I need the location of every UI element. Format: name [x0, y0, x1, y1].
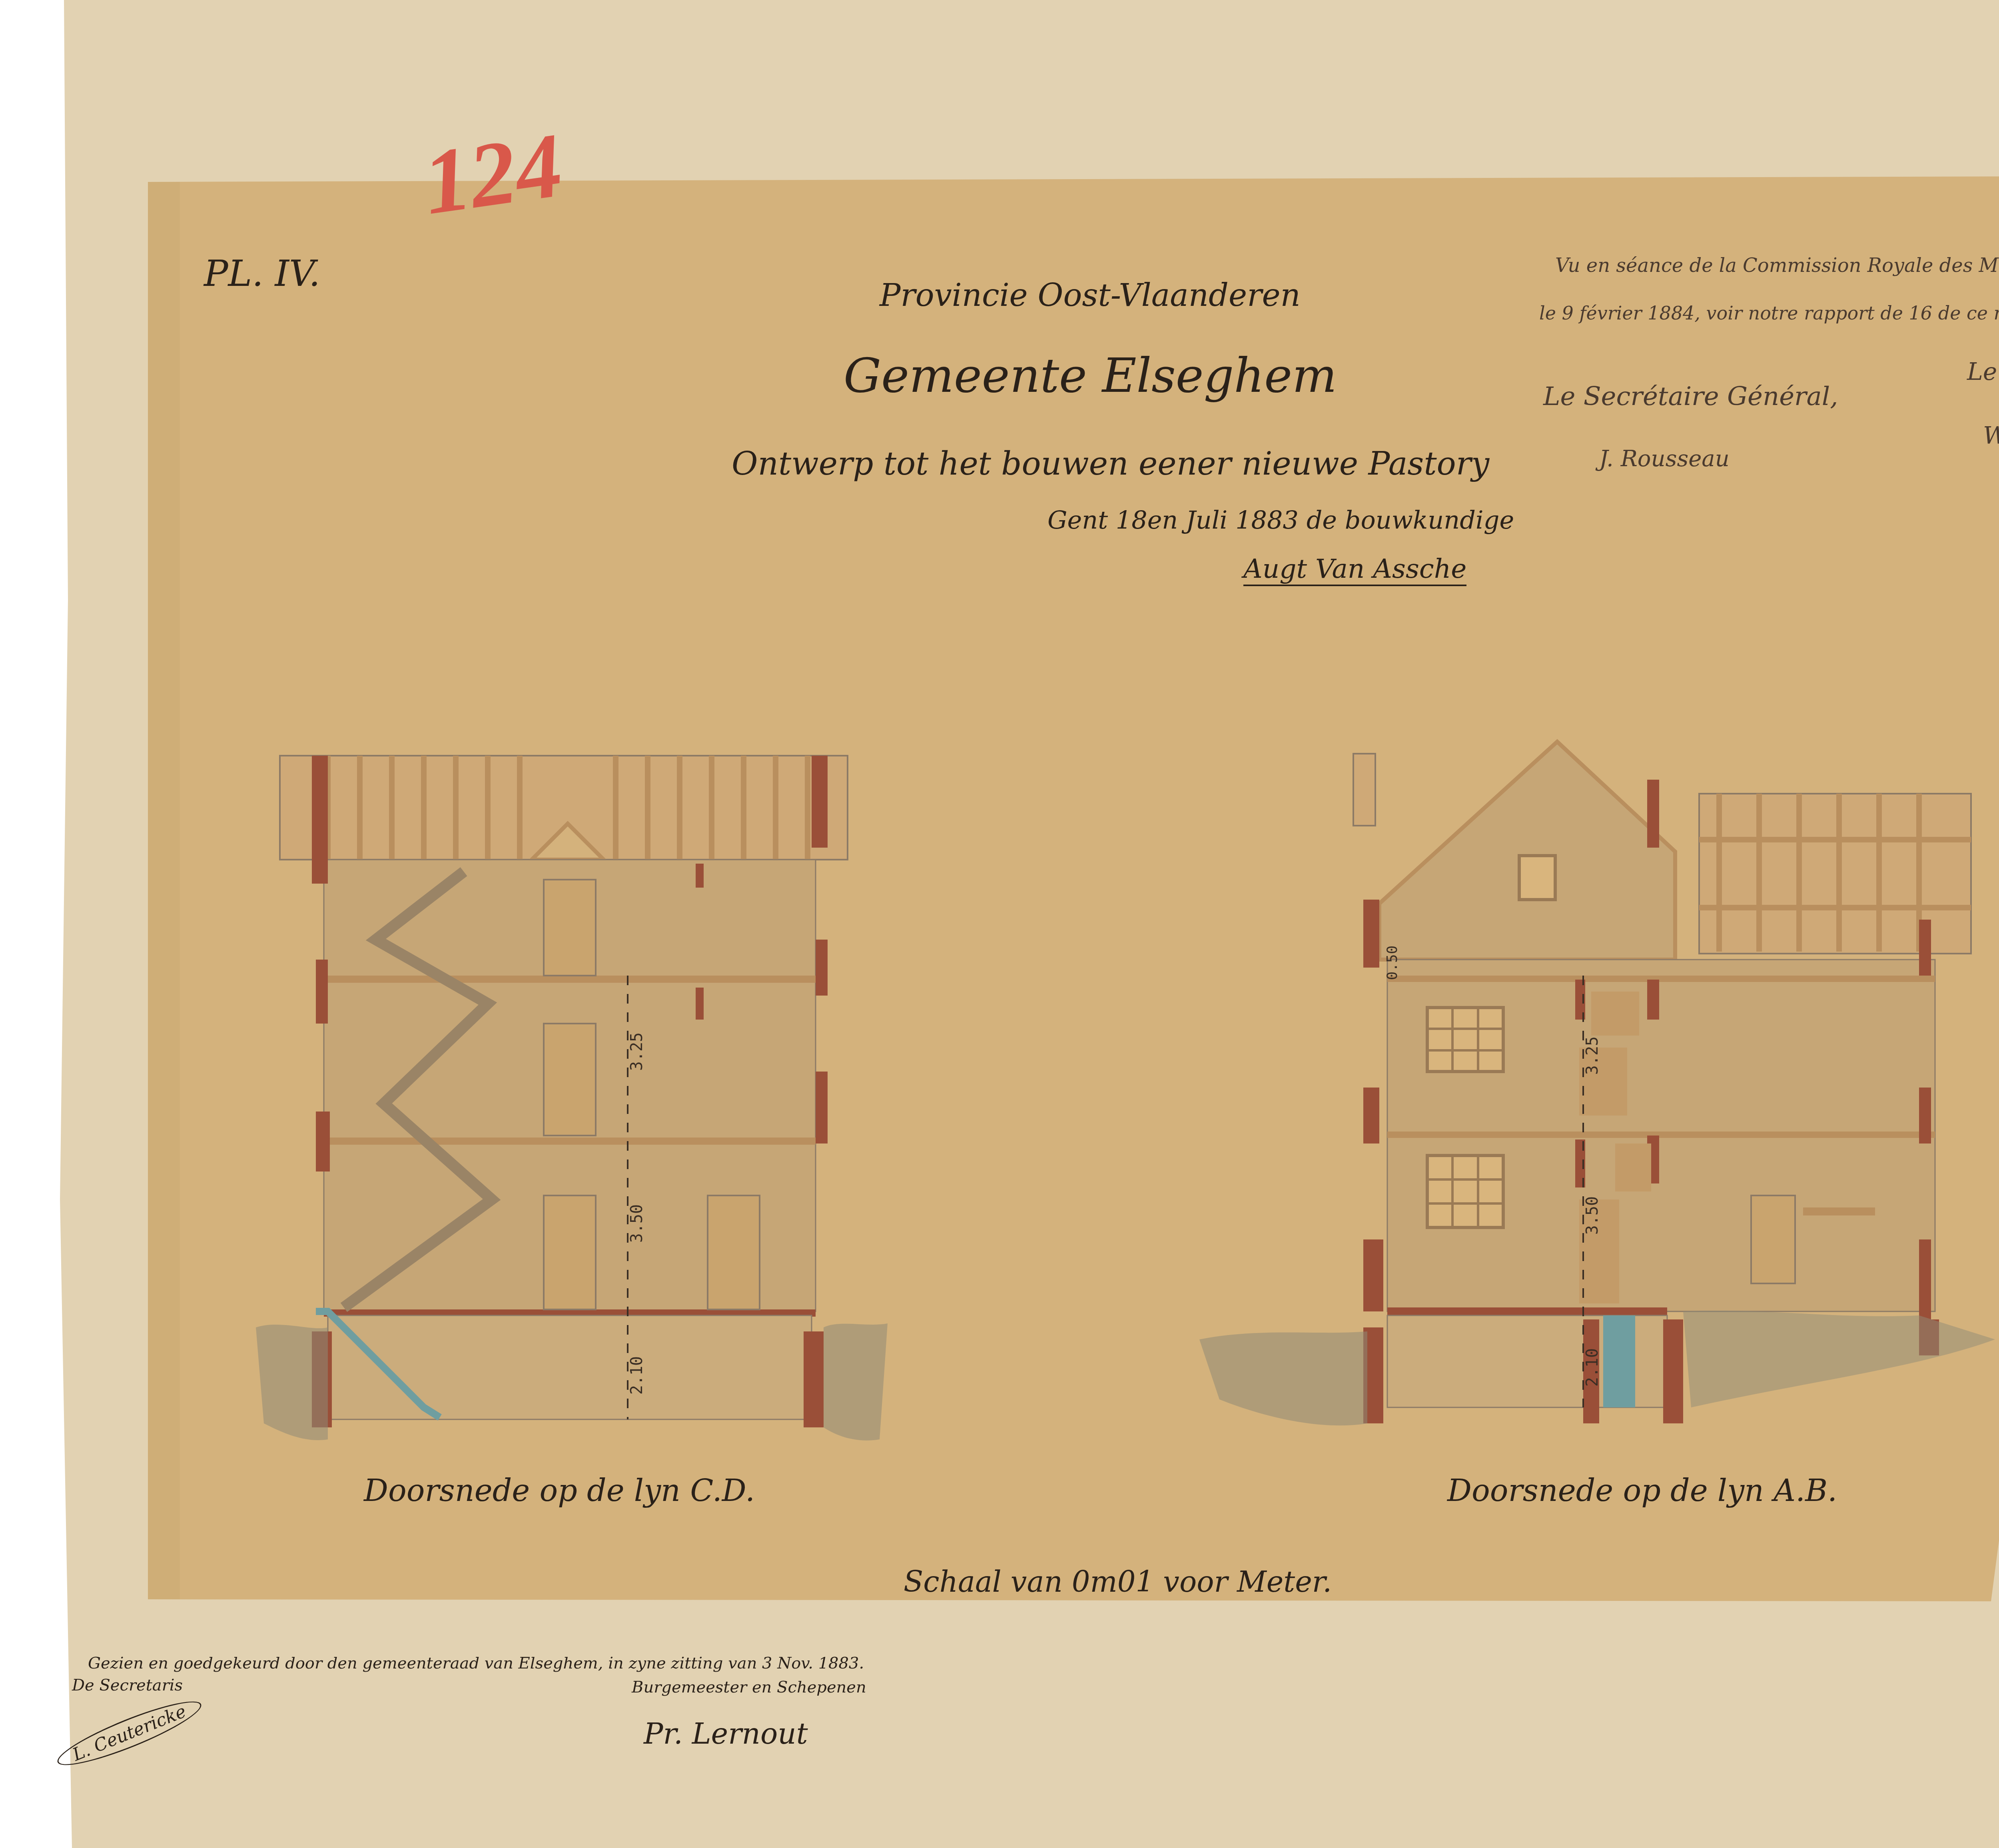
- approval-secretary-title: De Secretaris: [72, 1677, 183, 1693]
- plate-label: PL. IV.: [204, 256, 320, 292]
- commission-president-signature: Wellens: [1983, 424, 1999, 448]
- commission-secretary-signature: J. Rousseau: [1599, 448, 1730, 470]
- section-ab-dim-upper: 3.25: [1584, 1036, 1600, 1075]
- province-heading: Provincie Oost-Vlaanderen: [880, 280, 1301, 311]
- section-cd-dim-upper: 3.25: [629, 1032, 645, 1071]
- date-line: Gent 18en Juli 1883 de bouwkundige: [1047, 508, 1514, 533]
- section-ab-dim-lower: 2.10: [1584, 1348, 1600, 1387]
- section-ab-dim-middle: 3.50: [1584, 1196, 1600, 1235]
- architectural-plan-sheet: 124 PL. IV. Provincie Oost-Vlaanderen Ge…: [0, 0, 1999, 1848]
- commission-president-title: Le Président,: [1967, 360, 1999, 384]
- scale-label: Schaal van 0m01 voor Meter.: [904, 1567, 1332, 1596]
- section-cd-dim-lower: 2.10: [629, 1356, 645, 1395]
- section-cd-drawing: [256, 756, 888, 1441]
- section-cd-label: Doorsnede op de lyn C.D.: [364, 1475, 755, 1506]
- section-cd-dim-middle: 3.50: [629, 1204, 645, 1243]
- project-title: Ontwerp tot het bouwen eener nieuwe Past…: [732, 448, 1489, 480]
- commission-secretary-title: Le Secrétaire Général,: [1543, 384, 1838, 409]
- section-ab-dim-gable: 0.50: [1385, 946, 1400, 980]
- section-ab-label: Doorsnede op de lyn A.B.: [1447, 1475, 1837, 1506]
- approval-text: Gezien en goedgekeurd door den gemeenter…: [88, 1655, 864, 1671]
- commission-note-line1: Vu en séance de la Commission Royale des…: [1555, 256, 1999, 275]
- approval-mayor-signature: Pr. Lernout: [644, 1719, 808, 1748]
- archive-number: 124: [418, 119, 568, 229]
- municipality-heading: Gemeente Elseghem: [844, 352, 1337, 399]
- commission-note-line2: le 9 février 1884, voir notre rapport de…: [1539, 304, 1999, 322]
- architect-signature: Augt Van Assche: [1243, 556, 1466, 586]
- approval-mayor-title: Burgemeester en Schepenen: [632, 1679, 866, 1695]
